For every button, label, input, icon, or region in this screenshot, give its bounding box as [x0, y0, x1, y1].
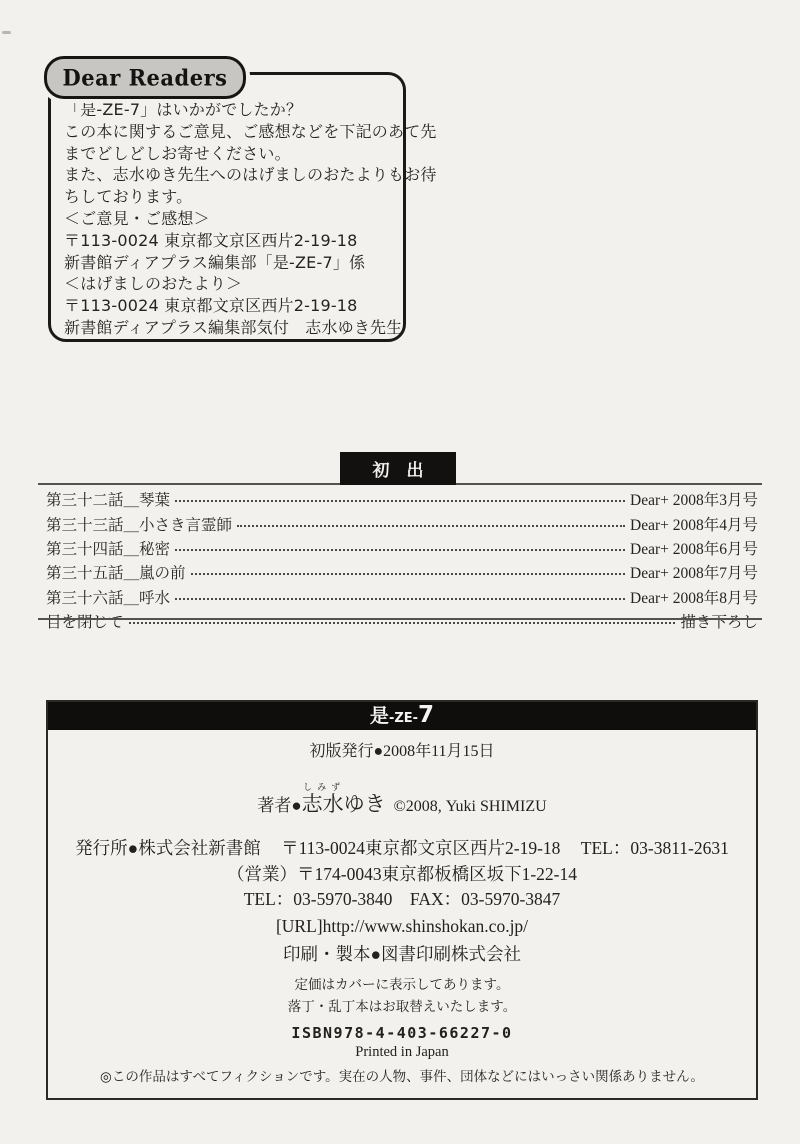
author-prefix: 著者● — [257, 796, 301, 815]
printed-in-japan: Printed in Japan — [48, 1044, 756, 1061]
dot-leader — [175, 598, 625, 600]
first-publication-heading: 初 出 — [340, 452, 456, 485]
chapter-title: 目を閉じて — [46, 610, 124, 632]
dear-readers-line: 〒113-0024 東京都文京区西片2-19-18 — [64, 230, 393, 252]
fiction-disclaimer: ◎この作品はすべてフィクションです。実在の人物、事件、団体などにはいっさい関係あ… — [48, 1065, 756, 1085]
dear-readers-line: ちしております。 — [64, 186, 393, 208]
author-name-kana: ゆき — [344, 792, 386, 816]
author-furigana: しみず — [302, 782, 344, 792]
sales-office-line: （営業）〒174-0043東京都板橋区坂下1-22-14 — [48, 861, 756, 886]
list-item: 第三十四話＿秘密 Dear+ 2008年6月号 — [46, 536, 758, 560]
author-name-with-furigana: 志水しみず — [302, 792, 344, 816]
author-name-kanji: 志水 — [302, 792, 344, 816]
chapter-title: 第三十三話＿小さき言霊師 — [46, 513, 232, 535]
dear-readers-label-capsule: Dear Readers — [44, 56, 246, 99]
dear-readers-text: 「是-ZE-7」はいかがでしたか？ この本に関するご意見、ご感想などを下記のあて… — [51, 75, 403, 339]
printer-line: 印刷・製本●図書印刷株式会社 — [48, 941, 756, 966]
dear-readers-line: ＜はげましのおたより＞ — [64, 273, 393, 295]
dot-leader — [129, 622, 676, 624]
dear-readers-line: この本に関するご意見、ご感想などを下記のあて先 — [64, 121, 393, 143]
defective-copy-note: 落丁・乱丁本はお取替えいたします。 — [48, 995, 756, 1015]
dear-readers-label: Dear Readers — [63, 64, 228, 90]
publisher-tel: TEL：03-3811-2631 — [581, 838, 729, 858]
tel-fax-line: TEL：03-5970-3840 FAX：03-5970-3847 — [48, 886, 756, 911]
isbn-number: ISBN978-4-403-66227-0 — [48, 1024, 756, 1042]
author-line: 著者●志水しみずゆき©2008, Yuki SHIMIZU — [48, 782, 756, 818]
dear-readers-line: また、志水ゆき先生へのはげましのおたよりもお待 — [64, 164, 393, 186]
title-romaji: -ZE- — [389, 711, 418, 726]
publisher-address: 〒113-0024東京都文京区西片2-19-18 — [281, 838, 560, 858]
list-item: 第三十三話＿小さき言霊師 Dear+ 2008年4月号 — [46, 511, 758, 535]
colophon-title-bar: 是 -ZE- 7 — [48, 702, 756, 730]
publisher-line: 発行所●株式会社新書館 〒113-0024東京都文京区西片2-19-18 TEL… — [48, 835, 756, 860]
list-item: 第三十五話＿嵐の前 Dear+ 2008年7月号 — [46, 560, 758, 584]
list-item: 第三十六話＿呼水 Dear+ 2008年8月号 — [46, 585, 758, 609]
dear-readers-line: までどしどしお寄せください。 — [64, 143, 393, 165]
chapter-title: 第三十五話＿嵐の前 — [46, 561, 186, 583]
chapter-source: Dear+ 2008年6月号 — [630, 537, 758, 559]
copyright-notice: ©2008, Yuki SHIMIZU — [394, 798, 547, 815]
chapter-source: Dear+ 2008年8月号 — [630, 586, 758, 608]
scan-artifact-mark — [2, 31, 11, 34]
dear-readers-line: ＜ご意見・ご感想＞ — [64, 208, 393, 230]
first-publication-list: 第三十二話＿琴葉 Dear+ 2008年3月号 第三十三話＿小さき言霊師 Dea… — [46, 487, 758, 633]
chapter-title: 第三十二話＿琴葉 — [46, 488, 170, 510]
dot-leader — [175, 500, 625, 502]
chapter-source: 描き下ろし — [680, 610, 758, 632]
list-item: 第三十二話＿琴葉 Dear+ 2008年3月号 — [46, 487, 758, 511]
dear-readers-line: 〒113-0024 東京都文京区西片2-19-18 — [64, 295, 393, 317]
chapter-source: Dear+ 2008年4月号 — [630, 513, 758, 535]
publisher-url: [URL]http://www.shinshokan.co.jp/ — [48, 916, 756, 937]
dot-leader — [175, 549, 625, 551]
publisher-name: 発行所●株式会社新書館 — [75, 838, 261, 858]
scanned-book-page: Dear Readers 「是-ZE-7」はいかがでしたか？ この本に関するご意… — [0, 0, 800, 1144]
chapter-title: 第三十四話＿秘密 — [46, 537, 170, 559]
first-edition-date: 初版発行●2008年11月15日 — [48, 738, 756, 761]
dot-leader — [237, 525, 625, 527]
title-volume-number: 7 — [418, 702, 434, 728]
dear-readers-line: 新書館ディアプラス編集部気付 志水ゆき先生 — [64, 317, 393, 339]
dear-readers-line: 新書館ディアプラス編集部「是-ZE-7」係 — [64, 252, 393, 274]
title-kanji: 是 — [370, 702, 389, 730]
dear-readers-box: Dear Readers 「是-ZE-7」はいかがでしたか？ この本に関するご意… — [48, 72, 406, 342]
dot-leader — [191, 573, 626, 575]
colophon-box: 是 -ZE- 7 初版発行●2008年11月15日 著者●志水しみずゆき©200… — [46, 700, 758, 1100]
chapter-source: Dear+ 2008年3月号 — [630, 488, 758, 510]
divider-rule-bottom — [38, 618, 762, 620]
price-note: 定価はカバーに表示してあります。 — [48, 973, 756, 993]
dear-readers-line: 「是-ZE-7」はいかがでしたか？ — [64, 99, 393, 121]
list-item: 目を閉じて 描き下ろし — [46, 609, 758, 633]
chapter-title: 第三十六話＿呼水 — [46, 586, 170, 608]
chapter-source: Dear+ 2008年7月号 — [630, 561, 758, 583]
